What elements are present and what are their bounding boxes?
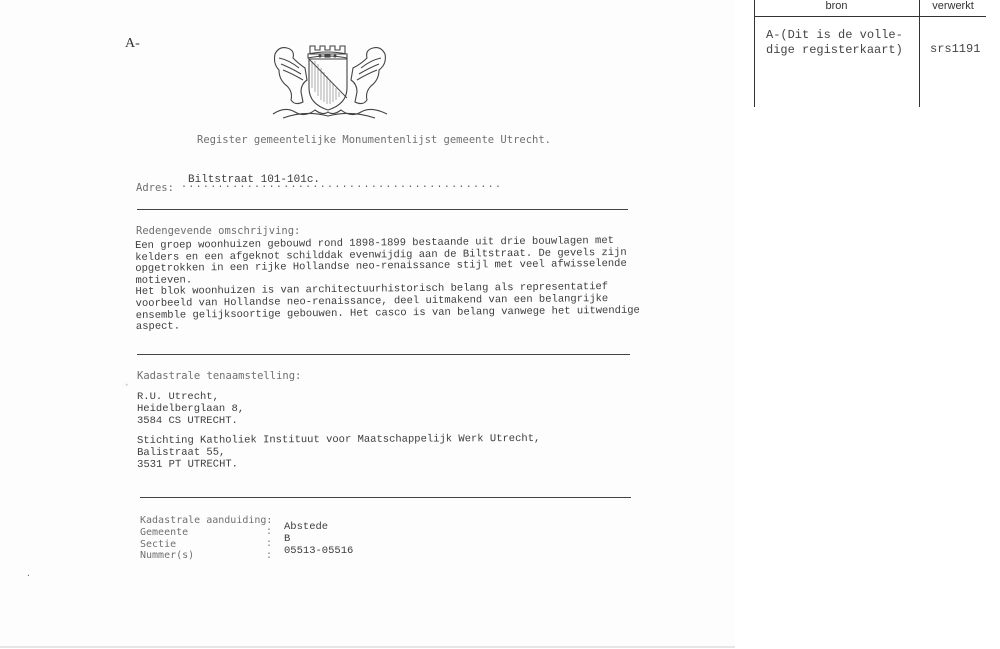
bron-value: A-(Dit is de volle- dige registerkaart) — [766, 28, 903, 58]
scan-speck: . — [26, 570, 31, 579]
scan-speck: * — [125, 383, 129, 390]
section-divider — [140, 497, 631, 498]
description-label: Redengevende omschrijving: — [136, 225, 300, 237]
field-value-sectie: B — [284, 533, 290, 545]
owner-address: R.U. Utrecht, Heidelberglaan 8, 3584 CS … — [137, 391, 244, 427]
address-dotted-line: ........................................… — [181, 180, 502, 191]
table-border — [754, 16, 986, 17]
coat-of-arms-icon — [265, 40, 395, 120]
verwerkt-value: srs1191 — [930, 42, 980, 56]
section-divider — [137, 209, 628, 210]
field-label-sectie: Sectie — [140, 539, 176, 550]
cadastral-designation-labels: Kadastrale aanduiding: Gemeente Sectie N… — [140, 515, 272, 562]
owner-address: Stichting Katholiek Instituut voor Maats… — [137, 433, 540, 471]
field-value-gemeente: Abstede — [284, 521, 328, 533]
cadastral-owners-label: Kadastrale tenaamstelling: — [137, 370, 301, 382]
field-value-nummers: 05513-05516 — [284, 545, 353, 557]
card-marker: A- — [125, 36, 140, 52]
field-colons: : : : — [266, 527, 272, 562]
field-label-nummers: Nummer(s) — [140, 550, 194, 561]
address-label: Adres: — [136, 182, 174, 194]
section-divider — [137, 354, 630, 355]
register-title: Register gemeentelijke Monumentenlijst g… — [197, 134, 551, 146]
archive-stamp-table: bron verwerkt A-(Dit is de volle- dige r… — [754, 0, 986, 107]
column-header-verwerkt: verwerkt — [920, 0, 986, 12]
cadastral-designation-values: Abstede B 05513-05516 — [284, 521, 353, 557]
column-header-bron: bron — [754, 0, 919, 12]
scanned-register-card: A- Register gemeentelijke — [0, 0, 735, 648]
description-text: Een groep woonhuizen gebouwd rond 1898-1… — [135, 236, 640, 334]
field-label-gemeente: Gemeente — [140, 527, 188, 538]
cadastral-designation-label: Kadastrale aanduiding: — [140, 515, 272, 526]
